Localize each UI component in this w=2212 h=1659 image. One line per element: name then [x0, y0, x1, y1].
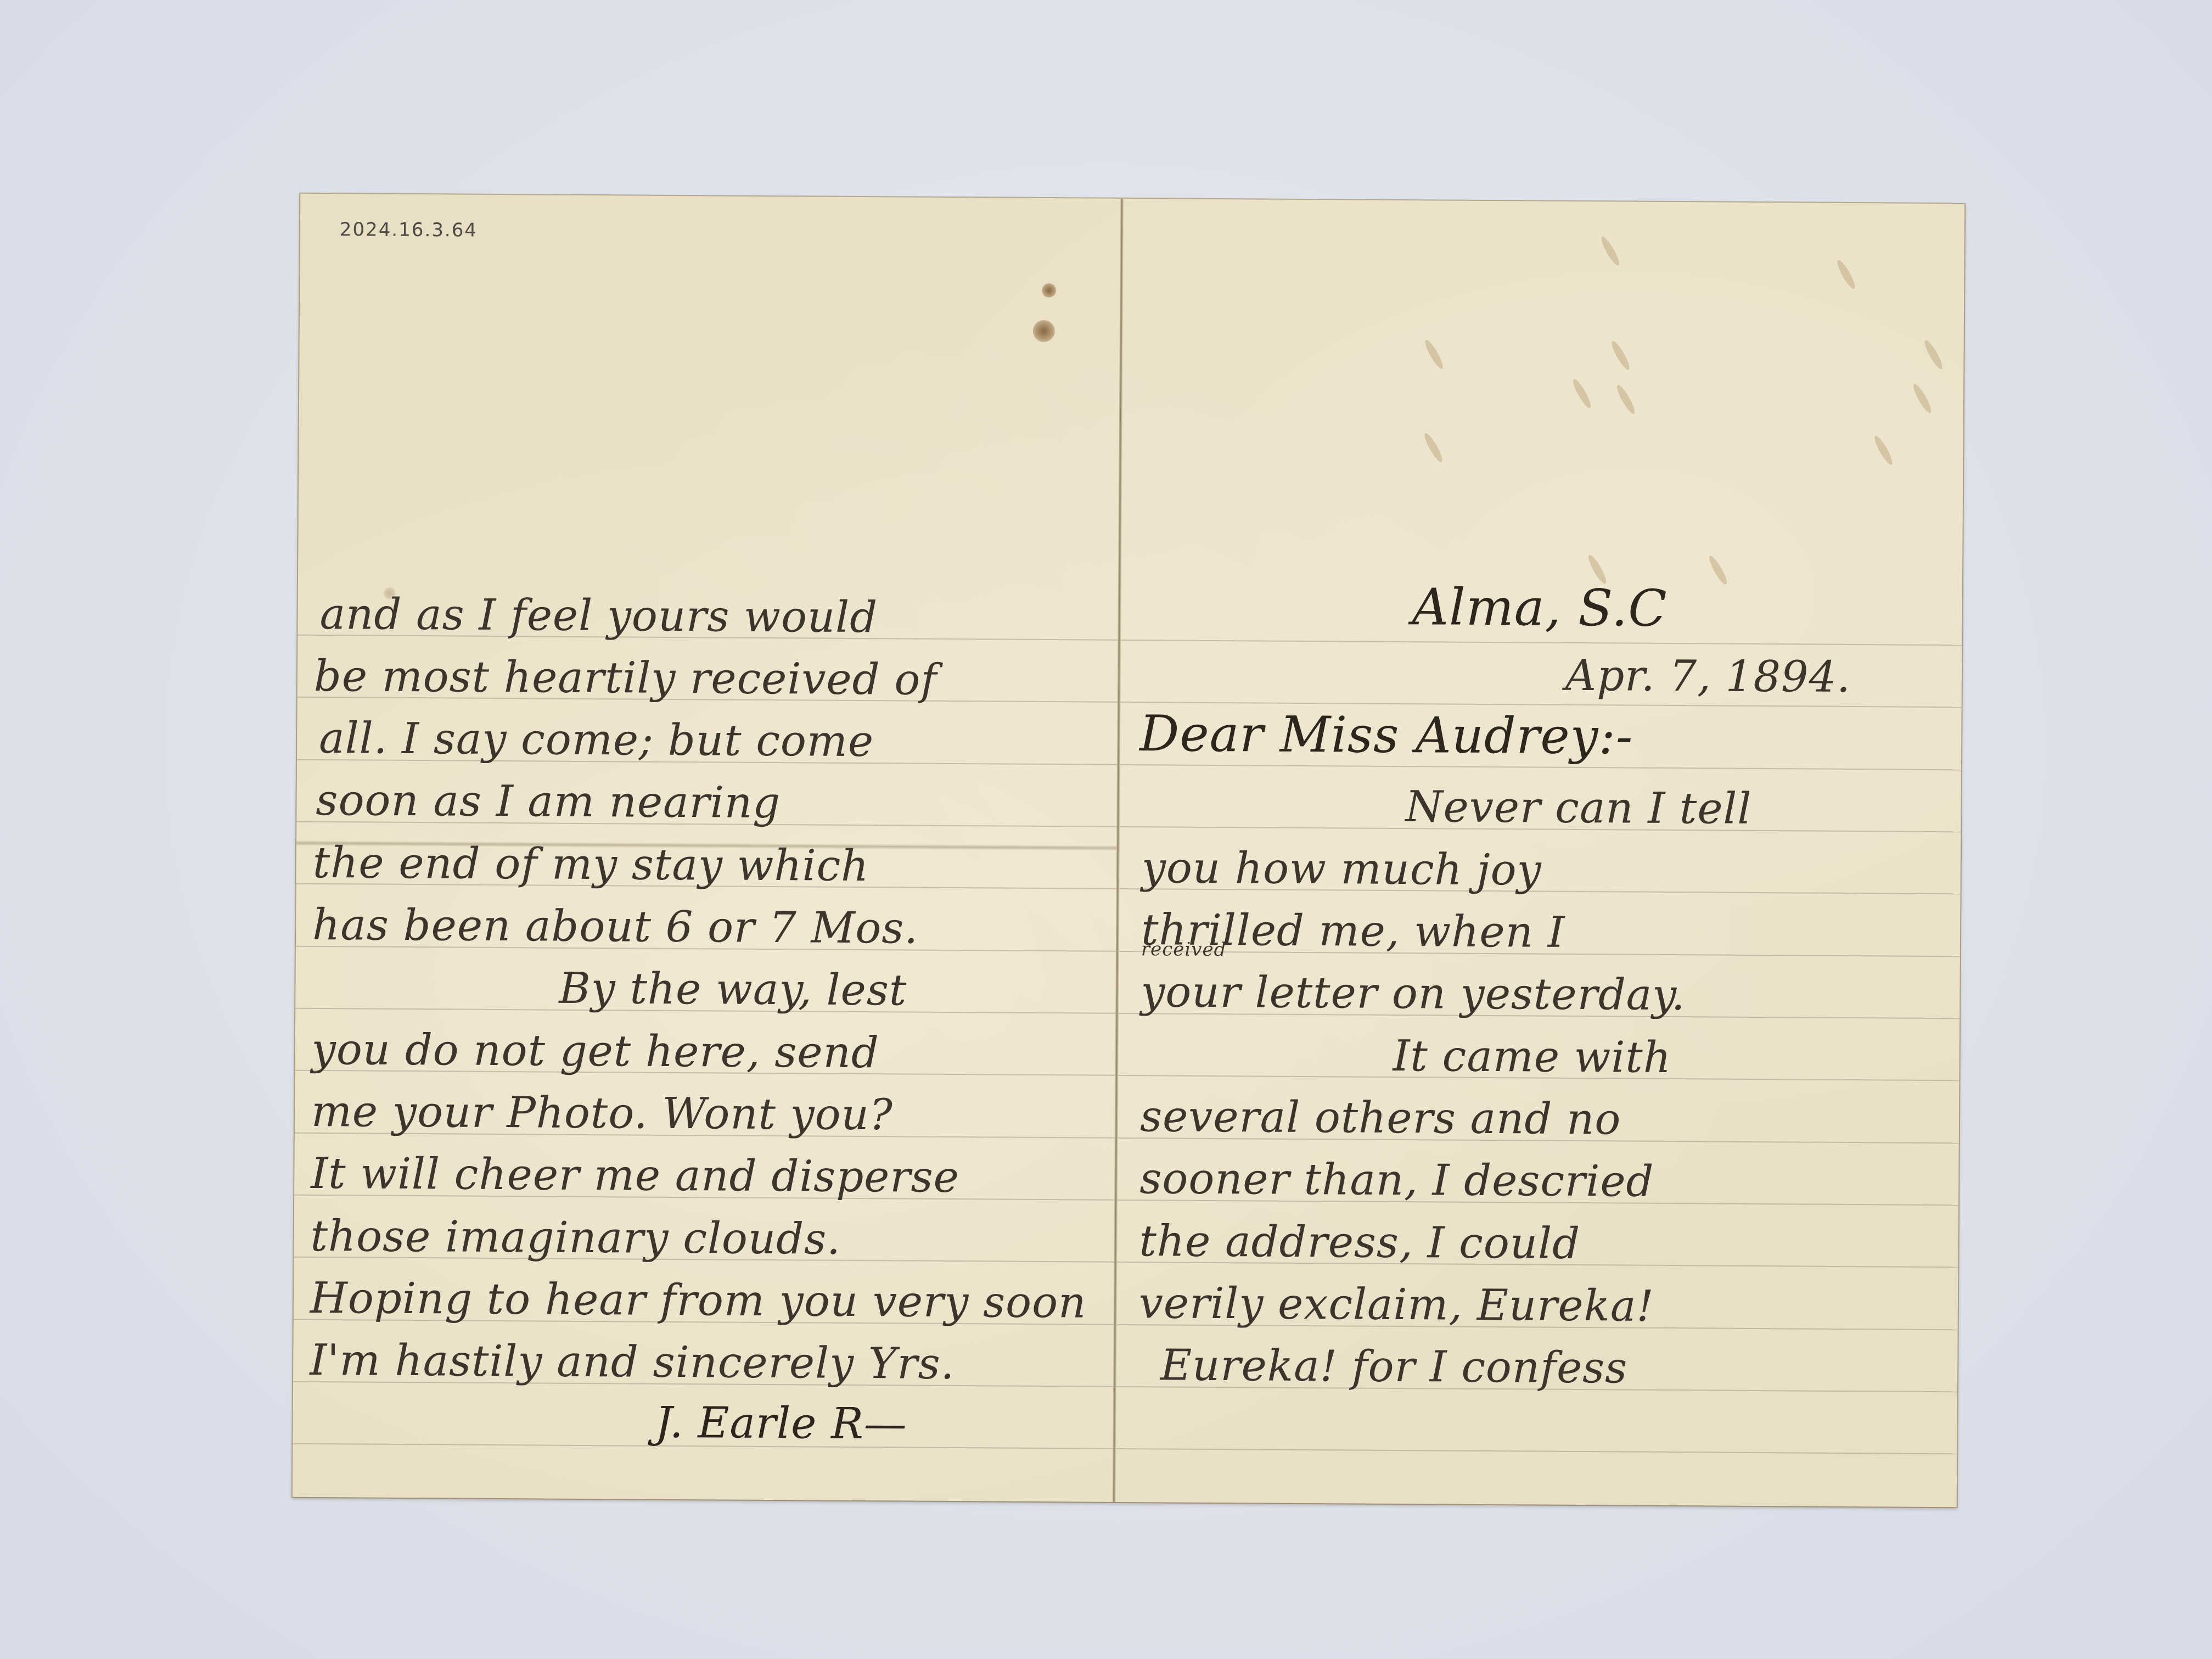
- right-page: Alma, S.C Apr. 7, 1894. Dear Miss Audrey…: [1116, 199, 1964, 1507]
- accession-number: 2024.16.3.64: [340, 218, 478, 242]
- handwritten-line: Eureka! for I confess: [1160, 1344, 1627, 1389]
- handwritten-line: be most heartily received of: [314, 655, 937, 702]
- insertion-note: received: [1141, 940, 1227, 959]
- letter-place: Alma, S.C: [1412, 582, 1667, 634]
- water-streak: [1609, 339, 1632, 372]
- water-streak: [1911, 382, 1934, 414]
- handwritten-line: your letter on yesterday.: [1141, 971, 1686, 1017]
- handwritten-line: soon as I am nearing: [316, 779, 781, 825]
- water-streak: [1570, 377, 1593, 410]
- water-streak: [1922, 338, 1945, 371]
- handwritten-line: several others and no: [1140, 1095, 1621, 1141]
- salutation: Dear Miss Audrey:-: [1139, 709, 1633, 761]
- handwritten-line: has been about 6 or 7 Mos.: [312, 904, 919, 950]
- handwritten-line: I'm hastily and sincerely Yrs.: [310, 1339, 955, 1386]
- handwritten-line: It will cheer me and disperse: [311, 1152, 959, 1199]
- left-page: 2024.16.3.64 and as I feel yours would b…: [293, 194, 1121, 1502]
- ruled-line: [1116, 1448, 1957, 1454]
- handwritten-line: you how much joy: [1142, 847, 1542, 892]
- water-streak: [1614, 383, 1637, 416]
- handwritten-line: sooner than, I descried: [1139, 1157, 1654, 1203]
- handwritten-line: It came with: [1393, 1035, 1671, 1079]
- handwritten-line: you do not get here, send: [312, 1028, 880, 1074]
- water-streak: [1872, 434, 1895, 467]
- handwritten-line: verily exclaim, Eureka!: [1139, 1282, 1654, 1328]
- handwritten-line: me your Photo. Wont you?: [311, 1090, 893, 1136]
- letter-sheet: 2024.16.3.64 and as I feel yours would b…: [293, 194, 1964, 1507]
- letter-date: Apr. 7, 1894.: [1565, 654, 1851, 699]
- ruled-line: [1120, 764, 1961, 770]
- water-streak: [1835, 258, 1858, 290]
- water-streak: [1423, 338, 1446, 371]
- handwritten-line: Hoping to hear from you very soon: [310, 1277, 1087, 1325]
- signature: J. Earle R—: [655, 1402, 907, 1446]
- handwritten-line: the end of my stay which: [313, 842, 869, 888]
- handwritten-line: all. I say come; but come: [319, 717, 874, 763]
- water-streak: [1422, 431, 1445, 464]
- ink-stain-large: [1033, 320, 1055, 342]
- water-streak: [1599, 235, 1622, 267]
- handwritten-line: By the way, lest: [559, 967, 907, 1012]
- ruled-line: [1121, 640, 1962, 646]
- ink-stain-small: [1042, 283, 1056, 298]
- handwritten-line: those imaginary clouds.: [310, 1215, 841, 1261]
- handwritten-line: Never can I tell: [1405, 786, 1751, 831]
- handwritten-line: and as I feel yours would: [319, 593, 878, 639]
- water-streak: [1706, 554, 1730, 586]
- handwritten-line: the address, I could: [1139, 1220, 1580, 1265]
